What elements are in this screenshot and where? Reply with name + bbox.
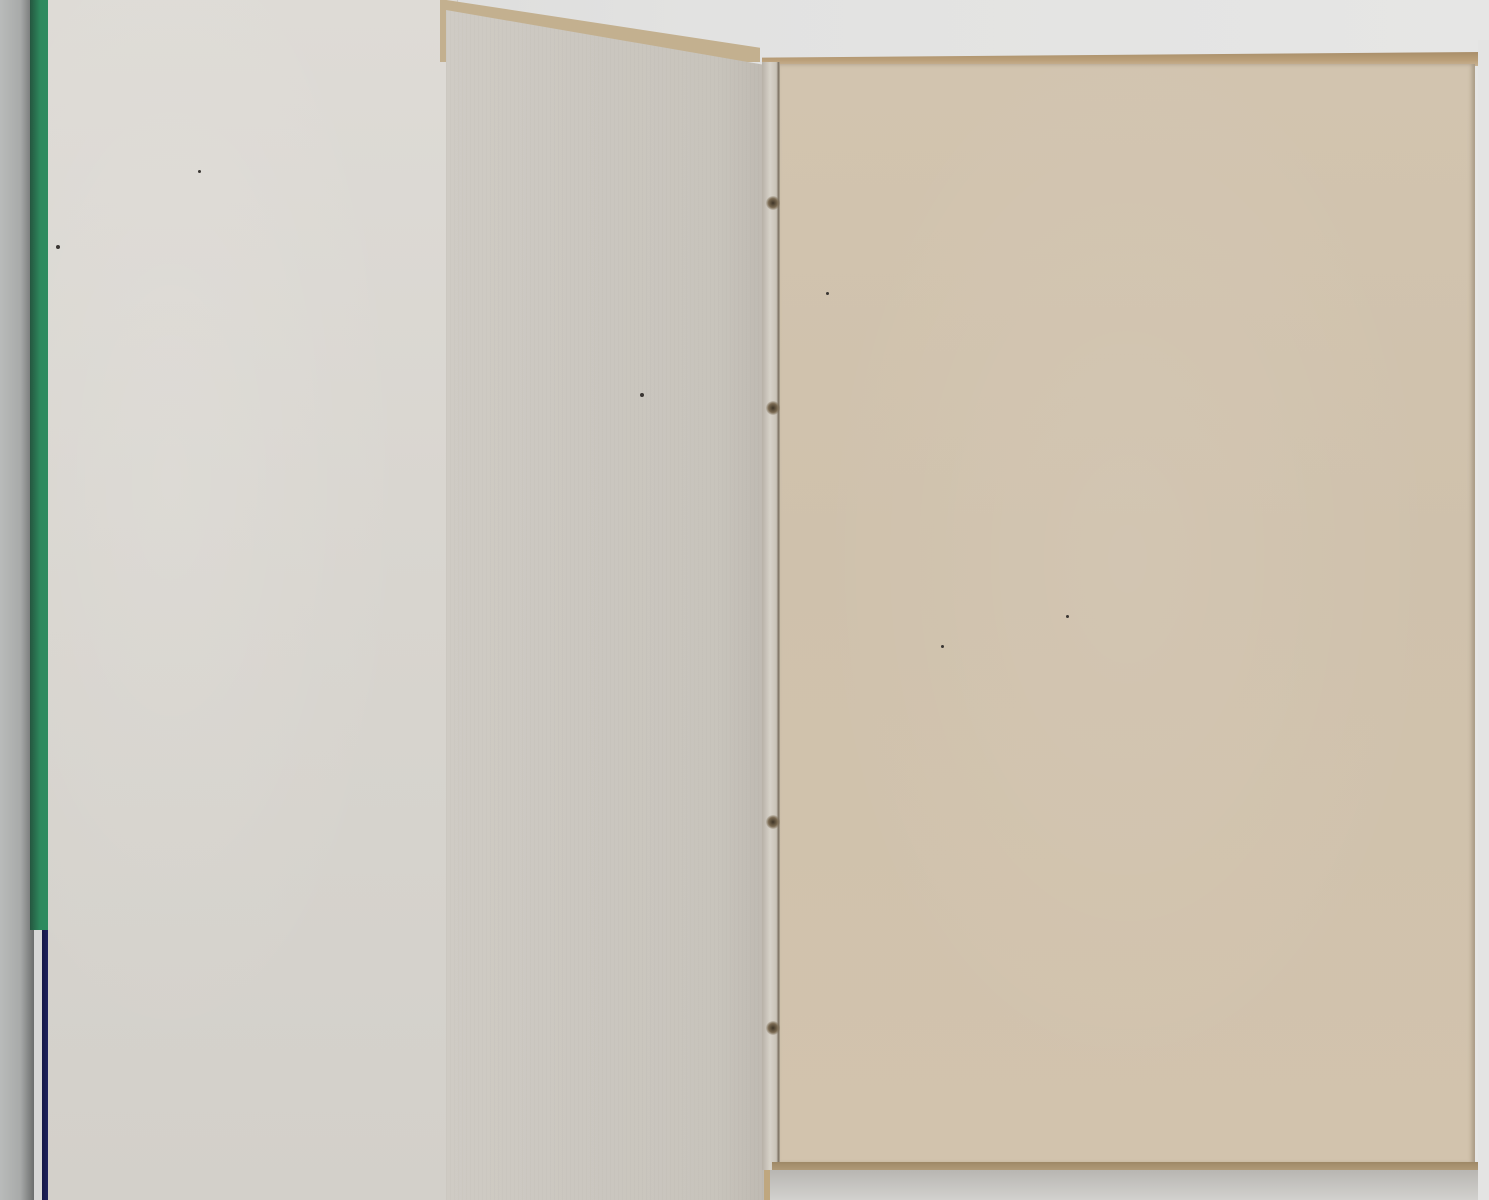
sewing-stitch [766,815,780,829]
paper-speck [640,393,644,397]
right-backdrop-strip [1478,40,1489,1200]
paper-speck [1066,615,1069,618]
book-cast-shadow [770,1170,1489,1200]
paper-speck [826,292,829,295]
sewing-stitch [766,1021,780,1035]
sewing-stitch [766,196,780,210]
gutter-fold [762,62,780,1170]
free-endpaper-page[interactable] [446,10,764,1200]
sewing-stitch [766,401,780,415]
paper-speck [56,245,60,249]
paper-speck [941,645,944,648]
front-pastedown-endpaper [48,0,458,1200]
paper-speck [198,170,201,173]
right-blank-page[interactable] [780,64,1475,1164]
left-shadow [0,0,34,1200]
